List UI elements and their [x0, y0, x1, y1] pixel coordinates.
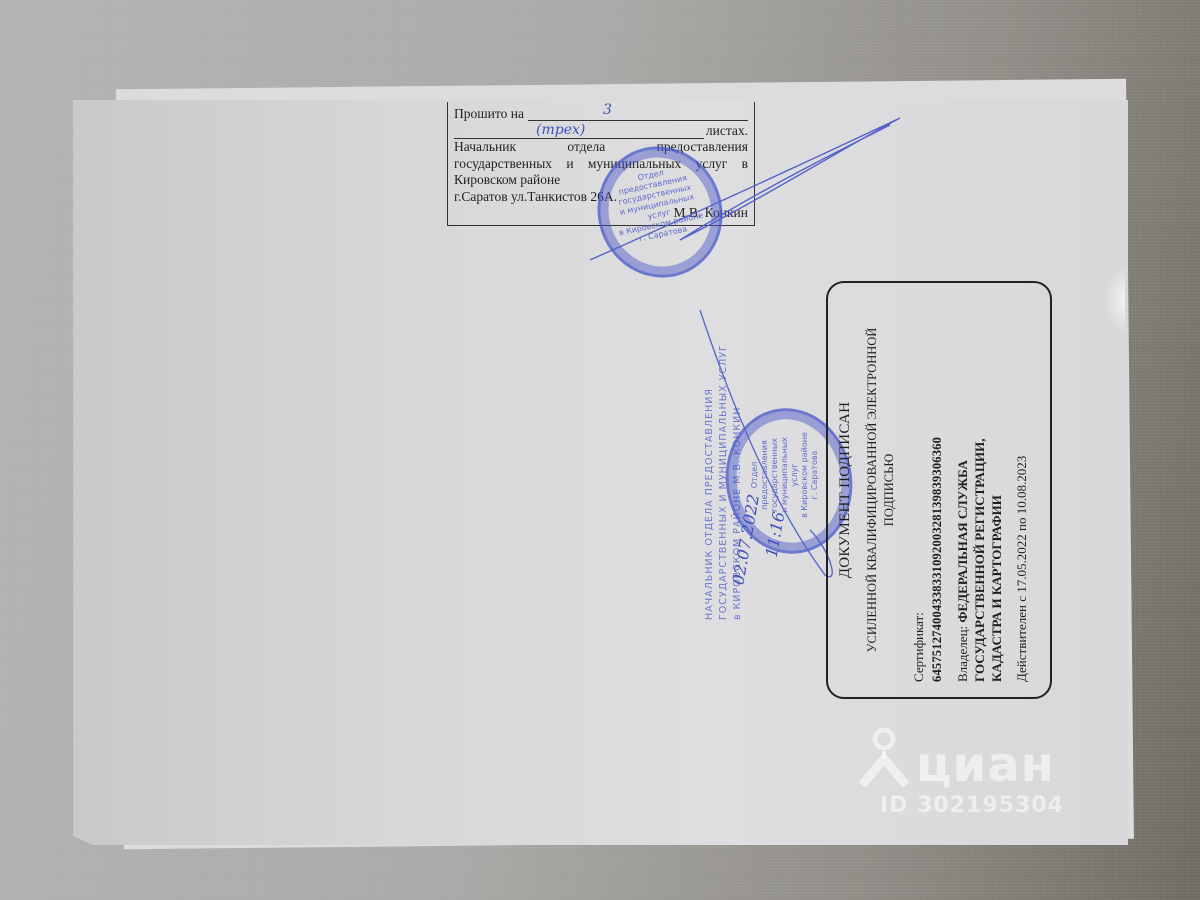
signature-stroke-top	[560, 110, 910, 290]
esign-subtitle: УСИЛЕННОЙ КВАЛИФИЦИРОВАННОЙ ЭЛЕКТРОННОЙ …	[864, 290, 898, 690]
location-pin-icon	[858, 725, 910, 789]
esign-certificate: Сертификат: 6457512740043383310920032813…	[910, 290, 946, 690]
certificate-number: 64575127400433833109200328139839306360	[930, 437, 944, 682]
paper-glare	[1105, 265, 1125, 335]
esign-title: ДОКУМЕНТ ПОДПИСАН	[836, 290, 854, 690]
watermark-brand: циан	[916, 741, 1055, 789]
esign-owner: Владелец: ФЕДЕРАЛЬНАЯ СЛУЖБА ГОСУДАРСТВЕ…	[954, 290, 1005, 690]
esign-validity: Действителен с 17.05.2022 по 10.08.2023	[1013, 290, 1031, 690]
electronic-signature-block: ДОКУМЕНТ ПОДПИСАН УСИЛЕННОЙ КВАЛИФИЦИРОВ…	[826, 281, 1052, 699]
stitched-prefix: Прошито на	[454, 106, 524, 123]
cian-watermark: циан ID 302195304	[858, 725, 1064, 818]
watermark-listing-id: ID 302195304	[880, 793, 1064, 818]
